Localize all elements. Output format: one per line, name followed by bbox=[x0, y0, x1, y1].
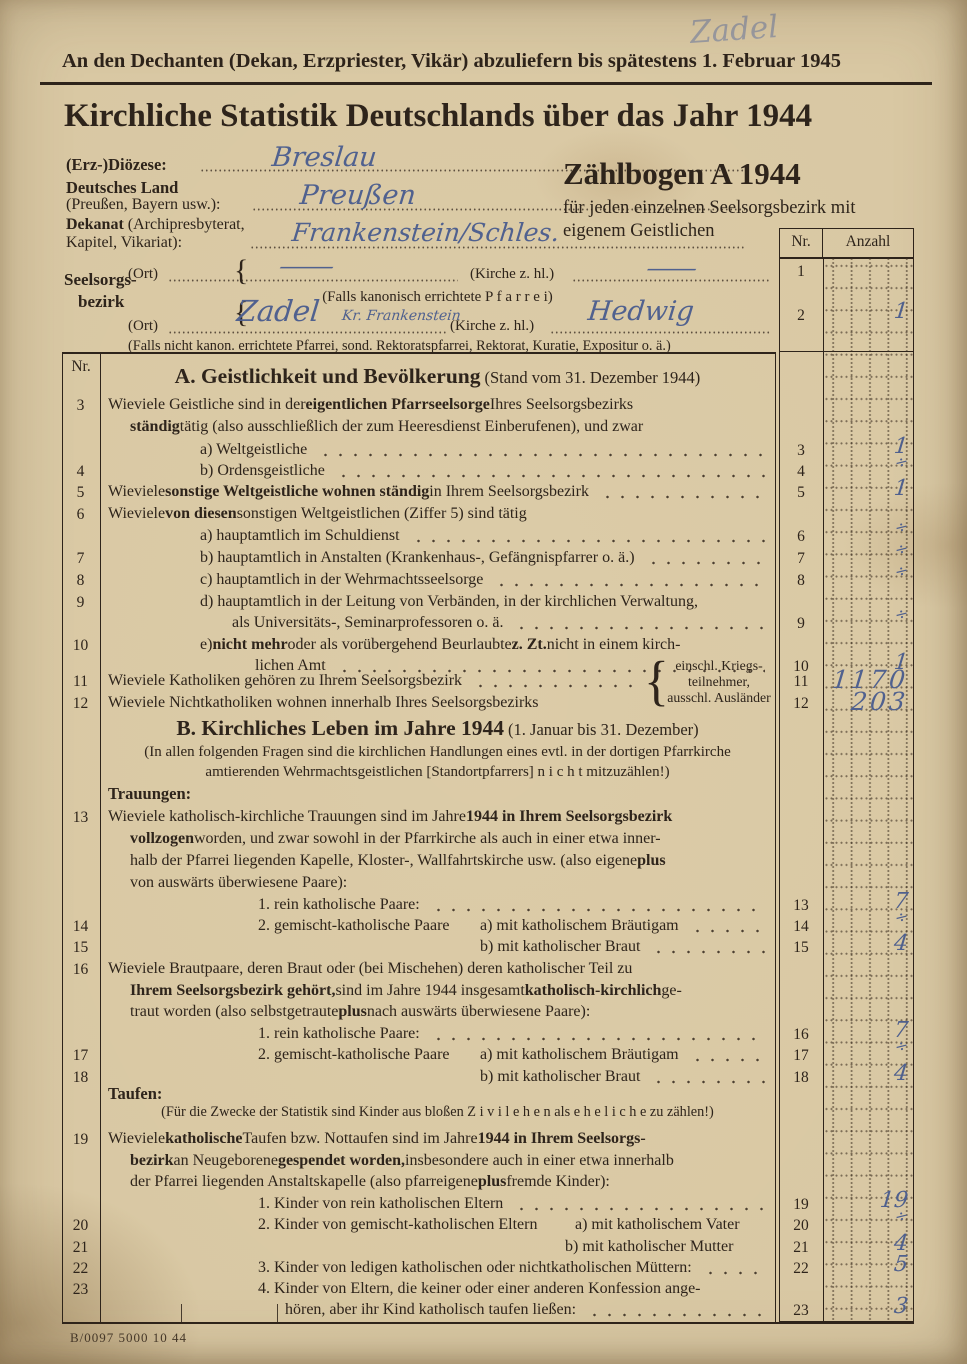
question-text: eigentlichen Pfarrseelsorge bbox=[306, 396, 490, 414]
bottom-tick-1 bbox=[181, 1304, 182, 1322]
question-number: 22 bbox=[62, 1260, 99, 1278]
bezirk-row1-kirche-value: — bbox=[642, 254, 701, 282]
dot-leader bbox=[583, 1301, 765, 1322]
taufen-label: Taufen: bbox=[108, 1084, 162, 1104]
land-label-paren: (Preußen, Bayern usw.): bbox=[66, 196, 220, 214]
answer-row-number: 1 bbox=[780, 263, 822, 281]
question-number: 23 bbox=[62, 1281, 99, 1299]
answer-value: 3 bbox=[825, 1294, 915, 1319]
question-line: 1. rein katholische Paare: bbox=[258, 1025, 770, 1046]
question-line: Wieviele Brautpaare, deren Braut oder (b… bbox=[108, 960, 770, 981]
question-text: a) mit katholischem Vater bbox=[575, 1216, 740, 1234]
answers-nr-header: Nr. bbox=[780, 229, 823, 257]
bezirk-row2-ort-value-suffix: Kr. Frankenstein bbox=[341, 308, 461, 324]
dot-leader bbox=[407, 527, 765, 548]
question-line: Wieviele Katholiken gehören zu Ihrem See… bbox=[108, 672, 648, 693]
question-text: 4. Kinder von Eltern, die keiner oder ei… bbox=[258, 1280, 701, 1298]
answer-row-number: 22 bbox=[780, 1260, 822, 1278]
question-text: 1944 in Ihrem Seelsorgs- bbox=[478, 1130, 646, 1148]
answer-row-number: 17 bbox=[780, 1047, 822, 1065]
question-text: von diesen bbox=[165, 505, 237, 523]
question-line: 2. gemischt-katholische Paarea) mit kath… bbox=[258, 1046, 770, 1067]
question-line: b) mit katholischer Mutter bbox=[565, 1238, 770, 1259]
notice-rule bbox=[40, 82, 932, 85]
question-number: 19 bbox=[62, 1131, 99, 1149]
answer-row-number: 9 bbox=[780, 615, 822, 633]
bezirk-brace-top: { bbox=[234, 254, 248, 288]
question-line-part2: a) mit katholischem Bräutigam bbox=[480, 917, 770, 938]
dot-leader bbox=[332, 462, 765, 483]
question-line: a) hauptamtlich im Schuldienst bbox=[200, 527, 770, 548]
dioezese-value: Breslau bbox=[270, 142, 378, 173]
question-line: Wieviele sonstige Weltgeistliche wohnen … bbox=[108, 483, 770, 504]
question-text: b) hauptamtlich in Anstalten (Krankenhau… bbox=[200, 549, 635, 567]
question-text: Wieviele bbox=[108, 1130, 165, 1148]
question-text: a) mit katholischem Bräutigam bbox=[480, 1046, 679, 1064]
dot-leader bbox=[510, 1195, 765, 1216]
question-text: plus bbox=[637, 852, 665, 870]
question-number: 17 bbox=[62, 1047, 99, 1065]
question-number: 5 bbox=[62, 484, 99, 502]
dot-leader bbox=[510, 614, 765, 635]
question-line: a) Weltgeistliche bbox=[200, 441, 770, 462]
answer-value: 1 bbox=[825, 476, 915, 501]
question-text: Taufen bzw. Nottaufen sind im Jahre bbox=[242, 1130, 477, 1148]
answer-row-number: 19 bbox=[780, 1196, 822, 1214]
question-number: 6 bbox=[62, 506, 99, 524]
question-text: a) Weltgeistliche bbox=[200, 441, 307, 459]
answer-row-number: 23 bbox=[780, 1302, 822, 1320]
answer-row-number: 2 bbox=[780, 307, 822, 325]
question-text: 1. rein katholische Paare: bbox=[258, 896, 420, 914]
question-text: katholisch-kirchlich bbox=[525, 982, 662, 1000]
question-text: Ihrem Seelsorgsbezirk gehört, bbox=[130, 982, 335, 1000]
question-text: 1. Kinder von rein katholischen Eltern bbox=[258, 1195, 503, 1213]
question-text: an Neugeborene bbox=[174, 1152, 278, 1170]
print-imprint: B/0097 5000 10 44 bbox=[70, 1330, 187, 1346]
answer-row-number: 16 bbox=[780, 1026, 822, 1044]
question-number: 13 bbox=[62, 809, 99, 827]
question-text: z. Zt. bbox=[512, 636, 547, 654]
trauungen-label: Trauungen: bbox=[108, 784, 191, 804]
dot-leader bbox=[427, 896, 765, 917]
question-line: als Universitäts-, Seminarprofessoren o.… bbox=[232, 614, 770, 635]
section-b-note2: amtierenden Wehrmachtsgeistlichen [Stand… bbox=[100, 764, 775, 781]
answer-row-number: 13 bbox=[780, 897, 822, 915]
answer-row-number: 6 bbox=[780, 528, 822, 546]
kriegs-note-line3: ausschl. Ausländer bbox=[664, 690, 774, 706]
question-text: e) bbox=[200, 636, 212, 654]
bezirk-row1-ort-label: (Ort) bbox=[128, 266, 158, 283]
sheet-name: Zählbogen A 1944 bbox=[563, 156, 801, 192]
bezirk-row2-kirche-label: (Kirche z. hl.) bbox=[450, 318, 534, 335]
bezirk-row1-ort-value: — bbox=[275, 252, 340, 280]
bottom-border bbox=[62, 1322, 914, 1324]
question-line: Wieviele katholische Taufen bzw. Nottauf… bbox=[108, 1130, 770, 1151]
question-text: ständig bbox=[130, 418, 180, 436]
question-text: worden, und zwar sowohl in der Pfarrkirc… bbox=[194, 830, 661, 848]
answer-row-number: 21 bbox=[780, 1239, 822, 1257]
dot-leader bbox=[469, 672, 643, 693]
question-text: b) mit katholischer Braut bbox=[480, 1068, 640, 1086]
question-text: 2. Kinder von gemischt-katholischen Elte… bbox=[258, 1216, 537, 1234]
question-text: sonstigen Weltgeistlichen (Ziffer 5) sin… bbox=[237, 505, 527, 523]
section-a-subtitle: (Stand vom 31. Dezember 1944) bbox=[484, 368, 700, 387]
question-text: gespendet worden, bbox=[278, 1152, 405, 1170]
question-line: b) hauptamtlich in Anstalten (Krankenhau… bbox=[200, 549, 770, 570]
question-line-part2: a) mit katholischem Vater bbox=[575, 1216, 770, 1237]
question-line-part2: a) mit katholischem Bräutigam bbox=[480, 1046, 770, 1067]
question-number: 12 bbox=[62, 695, 99, 713]
question-text: plus bbox=[338, 1003, 366, 1021]
question-text: Wieviele Nichtkatholiken wohnen innerhal… bbox=[108, 694, 539, 712]
question-line: halb der Pfarrei liegenden Kapelle, Klos… bbox=[130, 852, 770, 873]
question-line: 2. Kinder von gemischt-katholischen Elte… bbox=[258, 1216, 770, 1237]
question-line: Wieviele von diesen sonstigen Weltgeistl… bbox=[108, 505, 770, 526]
dot-leader bbox=[427, 1025, 765, 1046]
answers-table: Nr. Anzahl bbox=[779, 228, 914, 1322]
dekanat-label-paren: (Archipresbyterat, bbox=[128, 216, 245, 233]
question-text: c) hauptamtlich in der Wehrmachtsseelsor… bbox=[200, 571, 483, 589]
question-text: bezirk bbox=[130, 1152, 174, 1170]
section-b-heading: B. Kirchliches Leben im Jahre 1944 (1. J… bbox=[100, 716, 775, 741]
question-number: 9 bbox=[62, 594, 99, 612]
answer-row-number: 8 bbox=[780, 572, 822, 590]
answers-section-rule bbox=[780, 351, 913, 352]
dekanat-label-bold: Dekanat bbox=[66, 216, 124, 233]
answer-row-number: 11 bbox=[780, 673, 822, 691]
question-text: b) mit katholischer Braut bbox=[480, 938, 640, 956]
dot-leader bbox=[647, 1068, 765, 1089]
question-text: traut worden (also selbstgetraute bbox=[130, 1003, 338, 1021]
question-line: 4. Kinder von Eltern, die keiner oder ei… bbox=[258, 1280, 770, 1301]
answer-row-number: 18 bbox=[780, 1069, 822, 1087]
question-number: 11 bbox=[62, 673, 99, 691]
question-number: 10 bbox=[62, 637, 99, 655]
question-line: traut worden (also selbstgetraute plus n… bbox=[130, 1003, 770, 1024]
main-nr-header: Nr. bbox=[62, 358, 100, 376]
land-label: Deutsches Land bbox=[66, 178, 178, 198]
question-number: 16 bbox=[62, 961, 99, 979]
question-text: 2. gemischt-katholische Paare bbox=[258, 1046, 450, 1064]
question-number: 14 bbox=[62, 918, 99, 936]
bezirk-row2-kirche-value: Hedwig bbox=[586, 296, 695, 327]
question-number: 15 bbox=[62, 939, 99, 957]
page-title: Kirchliche Statistik Deutschlands über d… bbox=[64, 98, 812, 135]
question-line: d) hauptamtlich in der Leitung von Verbä… bbox=[200, 593, 770, 614]
land-value: Preußen bbox=[298, 180, 417, 211]
section-a-heading: A. Geistlichkeit und Bevölkerung (Stand … bbox=[100, 364, 775, 389]
penciled-place-name: Zadel bbox=[689, 9, 779, 51]
bezirk-row2-ort-value: Zadel bbox=[235, 294, 321, 328]
answer-value: 5 bbox=[825, 1252, 915, 1277]
question-text: 3. Kinder von ledigen katholischen oder … bbox=[258, 1259, 692, 1277]
dot-leader bbox=[642, 549, 765, 570]
question-line: von auswärts überwiesene Paare): bbox=[130, 874, 770, 895]
section-b-subtitle: (1. Januar bis 31. Dezember) bbox=[508, 720, 699, 739]
question-number: 18 bbox=[62, 1069, 99, 1087]
question-number: 3 bbox=[62, 397, 99, 415]
question-number: 21 bbox=[62, 1239, 99, 1257]
answer-row-number: 20 bbox=[780, 1217, 822, 1235]
answers-table-header: Nr. Anzahl bbox=[780, 229, 913, 259]
question-text: von auswärts überwiesene Paare): bbox=[130, 874, 347, 892]
question-text: d) hauptamtlich in der Leitung von Verbä… bbox=[200, 593, 698, 611]
question-line: hören, aber ihr Kind katholisch taufen l… bbox=[285, 1301, 770, 1322]
answer-value: 203 bbox=[824, 687, 914, 716]
bezirk-row1-kirche-label: (Kirche z. hl.) bbox=[470, 266, 554, 283]
dekanat-value: Frankenstein/Schles. bbox=[290, 218, 560, 247]
question-number: 20 bbox=[62, 1217, 99, 1235]
question-line: Ihrem Seelsorgsbezirk gehört, sind im Ja… bbox=[130, 982, 770, 1003]
question-line: e) nicht mehr oder als vorübergehend Beu… bbox=[200, 636, 770, 657]
bottom-tick-2 bbox=[277, 1304, 278, 1322]
question-text: tätig (also ausschließlich der zum Heere… bbox=[180, 418, 643, 436]
dot-leader bbox=[686, 1046, 765, 1067]
question-text: 2. gemischt-katholische Paare bbox=[258, 917, 450, 935]
question-text: in Ihrem Seelsorgsbezirk bbox=[429, 483, 589, 501]
main-table-top-border bbox=[62, 352, 775, 354]
main-table-right-border bbox=[775, 352, 776, 1322]
question-line: 2. gemischt-katholische Paarea) mit kath… bbox=[258, 917, 770, 938]
bezirk-label-1: Seelsorgs- bbox=[64, 270, 137, 290]
question-line: c) hauptamtlich in der Wehrmachtsseelsor… bbox=[200, 571, 770, 592]
answers-anzahl-header: Anzahl bbox=[823, 229, 913, 257]
question-text: Ihres Seelsorgsbezirks bbox=[490, 396, 633, 414]
question-text: plus bbox=[478, 1173, 506, 1191]
question-text: sonstige Weltgeistliche wohnen ständig bbox=[165, 483, 429, 501]
question-text: nach auswärts überwiesene Paare): bbox=[367, 1003, 590, 1021]
answer-row-number: 5 bbox=[780, 484, 822, 502]
question-line: b) mit katholischer Braut bbox=[480, 938, 770, 959]
question-line: b) mit katholischer Braut bbox=[480, 1068, 770, 1089]
question-text: Wieviele Katholiken gehören zu Ihrem See… bbox=[108, 672, 462, 690]
question-number: 7 bbox=[62, 550, 99, 568]
question-text: 1944 in Ihrem Seelsorgsbezirk bbox=[466, 808, 672, 826]
form-page: Zadel An den Dechanten (Dekan, Erzpriest… bbox=[0, 0, 967, 1364]
answer-value: 4 bbox=[825, 931, 915, 956]
question-text: halb der Pfarrei liegenden Kapelle, Klos… bbox=[130, 852, 637, 870]
answer-row-number: 7 bbox=[780, 550, 822, 568]
question-text: nicht mehr bbox=[212, 636, 287, 654]
dioezese-label: (Erz-)Diözese: bbox=[66, 155, 167, 175]
dot-leader bbox=[314, 441, 765, 462]
dot-leader bbox=[699, 1259, 765, 1280]
question-number: 4 bbox=[62, 463, 99, 481]
question-text: fremde Kinder): bbox=[506, 1173, 610, 1191]
answers-grid bbox=[824, 257, 913, 1321]
question-text: insbesondere auch in einer etwa innerhal… bbox=[405, 1152, 674, 1170]
taufen-note: (Für die Zwecke der Statistik sind Kinde… bbox=[100, 1104, 775, 1121]
section-b-note1: (In allen folgenden Fragen sind die kirc… bbox=[100, 744, 775, 761]
question-number: 8 bbox=[62, 572, 99, 590]
question-text: a) mit katholischem Bräutigam bbox=[480, 917, 679, 935]
dekanat-label2: Kapitel, Vikariat): bbox=[66, 234, 182, 252]
answer-row-number: 3 bbox=[780, 442, 822, 460]
answer-value: 1 bbox=[825, 299, 915, 324]
dot-leader bbox=[490, 571, 765, 592]
question-line: ständig tätig (also ausschließlich der z… bbox=[130, 418, 770, 439]
main-table-nr-divider bbox=[100, 352, 101, 1322]
section-b-title: B. Kirchliches Leben im Jahre 1944 bbox=[176, 716, 504, 740]
question-text: a) hauptamtlich im Schuldienst bbox=[200, 527, 400, 545]
question-text: Wieviele Geistliche sind in der bbox=[108, 396, 306, 414]
section-a-title: A. Geistlichkeit und Bevölkerung bbox=[175, 364, 481, 388]
dekanat-label: Dekanat (Archipresbyterat, bbox=[66, 216, 245, 234]
question-text: oder als vorübergehend Beurlaubte bbox=[288, 636, 512, 654]
question-text: b) mit katholischer Mutter bbox=[565, 1238, 733, 1256]
question-text: Wieviele bbox=[108, 505, 165, 523]
question-line: 1. rein katholische Paare: bbox=[258, 896, 770, 917]
dot-leader bbox=[686, 917, 765, 938]
question-text: 1. rein katholische Paare: bbox=[258, 1025, 420, 1043]
dot-leader bbox=[596, 483, 765, 504]
dot-leader bbox=[647, 938, 765, 959]
question-text: als Universitäts-, Seminarprofessoren o.… bbox=[232, 614, 503, 632]
question-text: ge- bbox=[661, 982, 681, 1000]
bezirk-row2-ort-label: (Ort) bbox=[128, 318, 158, 335]
question-text: vollzogen bbox=[130, 830, 194, 848]
question-text: katholische bbox=[165, 1130, 242, 1148]
question-text: b) Ordensgeistliche bbox=[200, 462, 325, 480]
sheet-subtitle-1: für jeden einzelnen Seelsorgsbezirk mit bbox=[563, 198, 855, 219]
question-text: der Pfarrei liegenden Anstaltskapelle (a… bbox=[130, 1173, 478, 1191]
question-line: Wieviele Nichtkatholiken wohnen innerhal… bbox=[108, 694, 648, 715]
question-line: Wieviele katholisch-kirchliche Trauungen… bbox=[108, 808, 770, 829]
question-line: 3. Kinder von ledigen katholischen oder … bbox=[258, 1259, 770, 1280]
question-text: nicht in einem kirch- bbox=[547, 636, 681, 654]
answer-row-number: 15 bbox=[780, 939, 822, 957]
question-line: vollzogen worden, und zwar sowohl in der… bbox=[130, 830, 770, 851]
answer-row-number: 4 bbox=[780, 463, 822, 481]
question-text: Wieviele katholisch-kirchliche Trauungen… bbox=[108, 808, 466, 826]
question-text: hören, aber ihr Kind katholisch taufen l… bbox=[285, 1301, 576, 1319]
question-text: Wieviele bbox=[108, 483, 165, 501]
answer-value: 4 bbox=[825, 1061, 915, 1086]
question-line: der Pfarrei liegenden Anstaltskapelle (a… bbox=[130, 1173, 770, 1194]
answer-row-number: 12 bbox=[780, 695, 822, 713]
delivery-notice: An den Dechanten (Dekan, Erzpriester, Vi… bbox=[62, 50, 841, 73]
sheet-subtitle-2: eigenem Geistlichen bbox=[563, 221, 715, 242]
answer-row-number: 14 bbox=[780, 918, 822, 936]
question-text: sind im Jahre 1944 insgesamt bbox=[335, 982, 524, 1000]
question-line: b) Ordensgeistliche bbox=[200, 462, 770, 483]
question-line: 1. Kinder von rein katholischen Eltern bbox=[258, 1195, 770, 1216]
question-line: Wieviele Geistliche sind in der eigentli… bbox=[108, 396, 770, 417]
question-line: bezirk an Neugeborene gespendet worden, … bbox=[130, 1152, 770, 1173]
question-text: Wieviele Brautpaare, deren Braut oder (b… bbox=[108, 960, 632, 978]
